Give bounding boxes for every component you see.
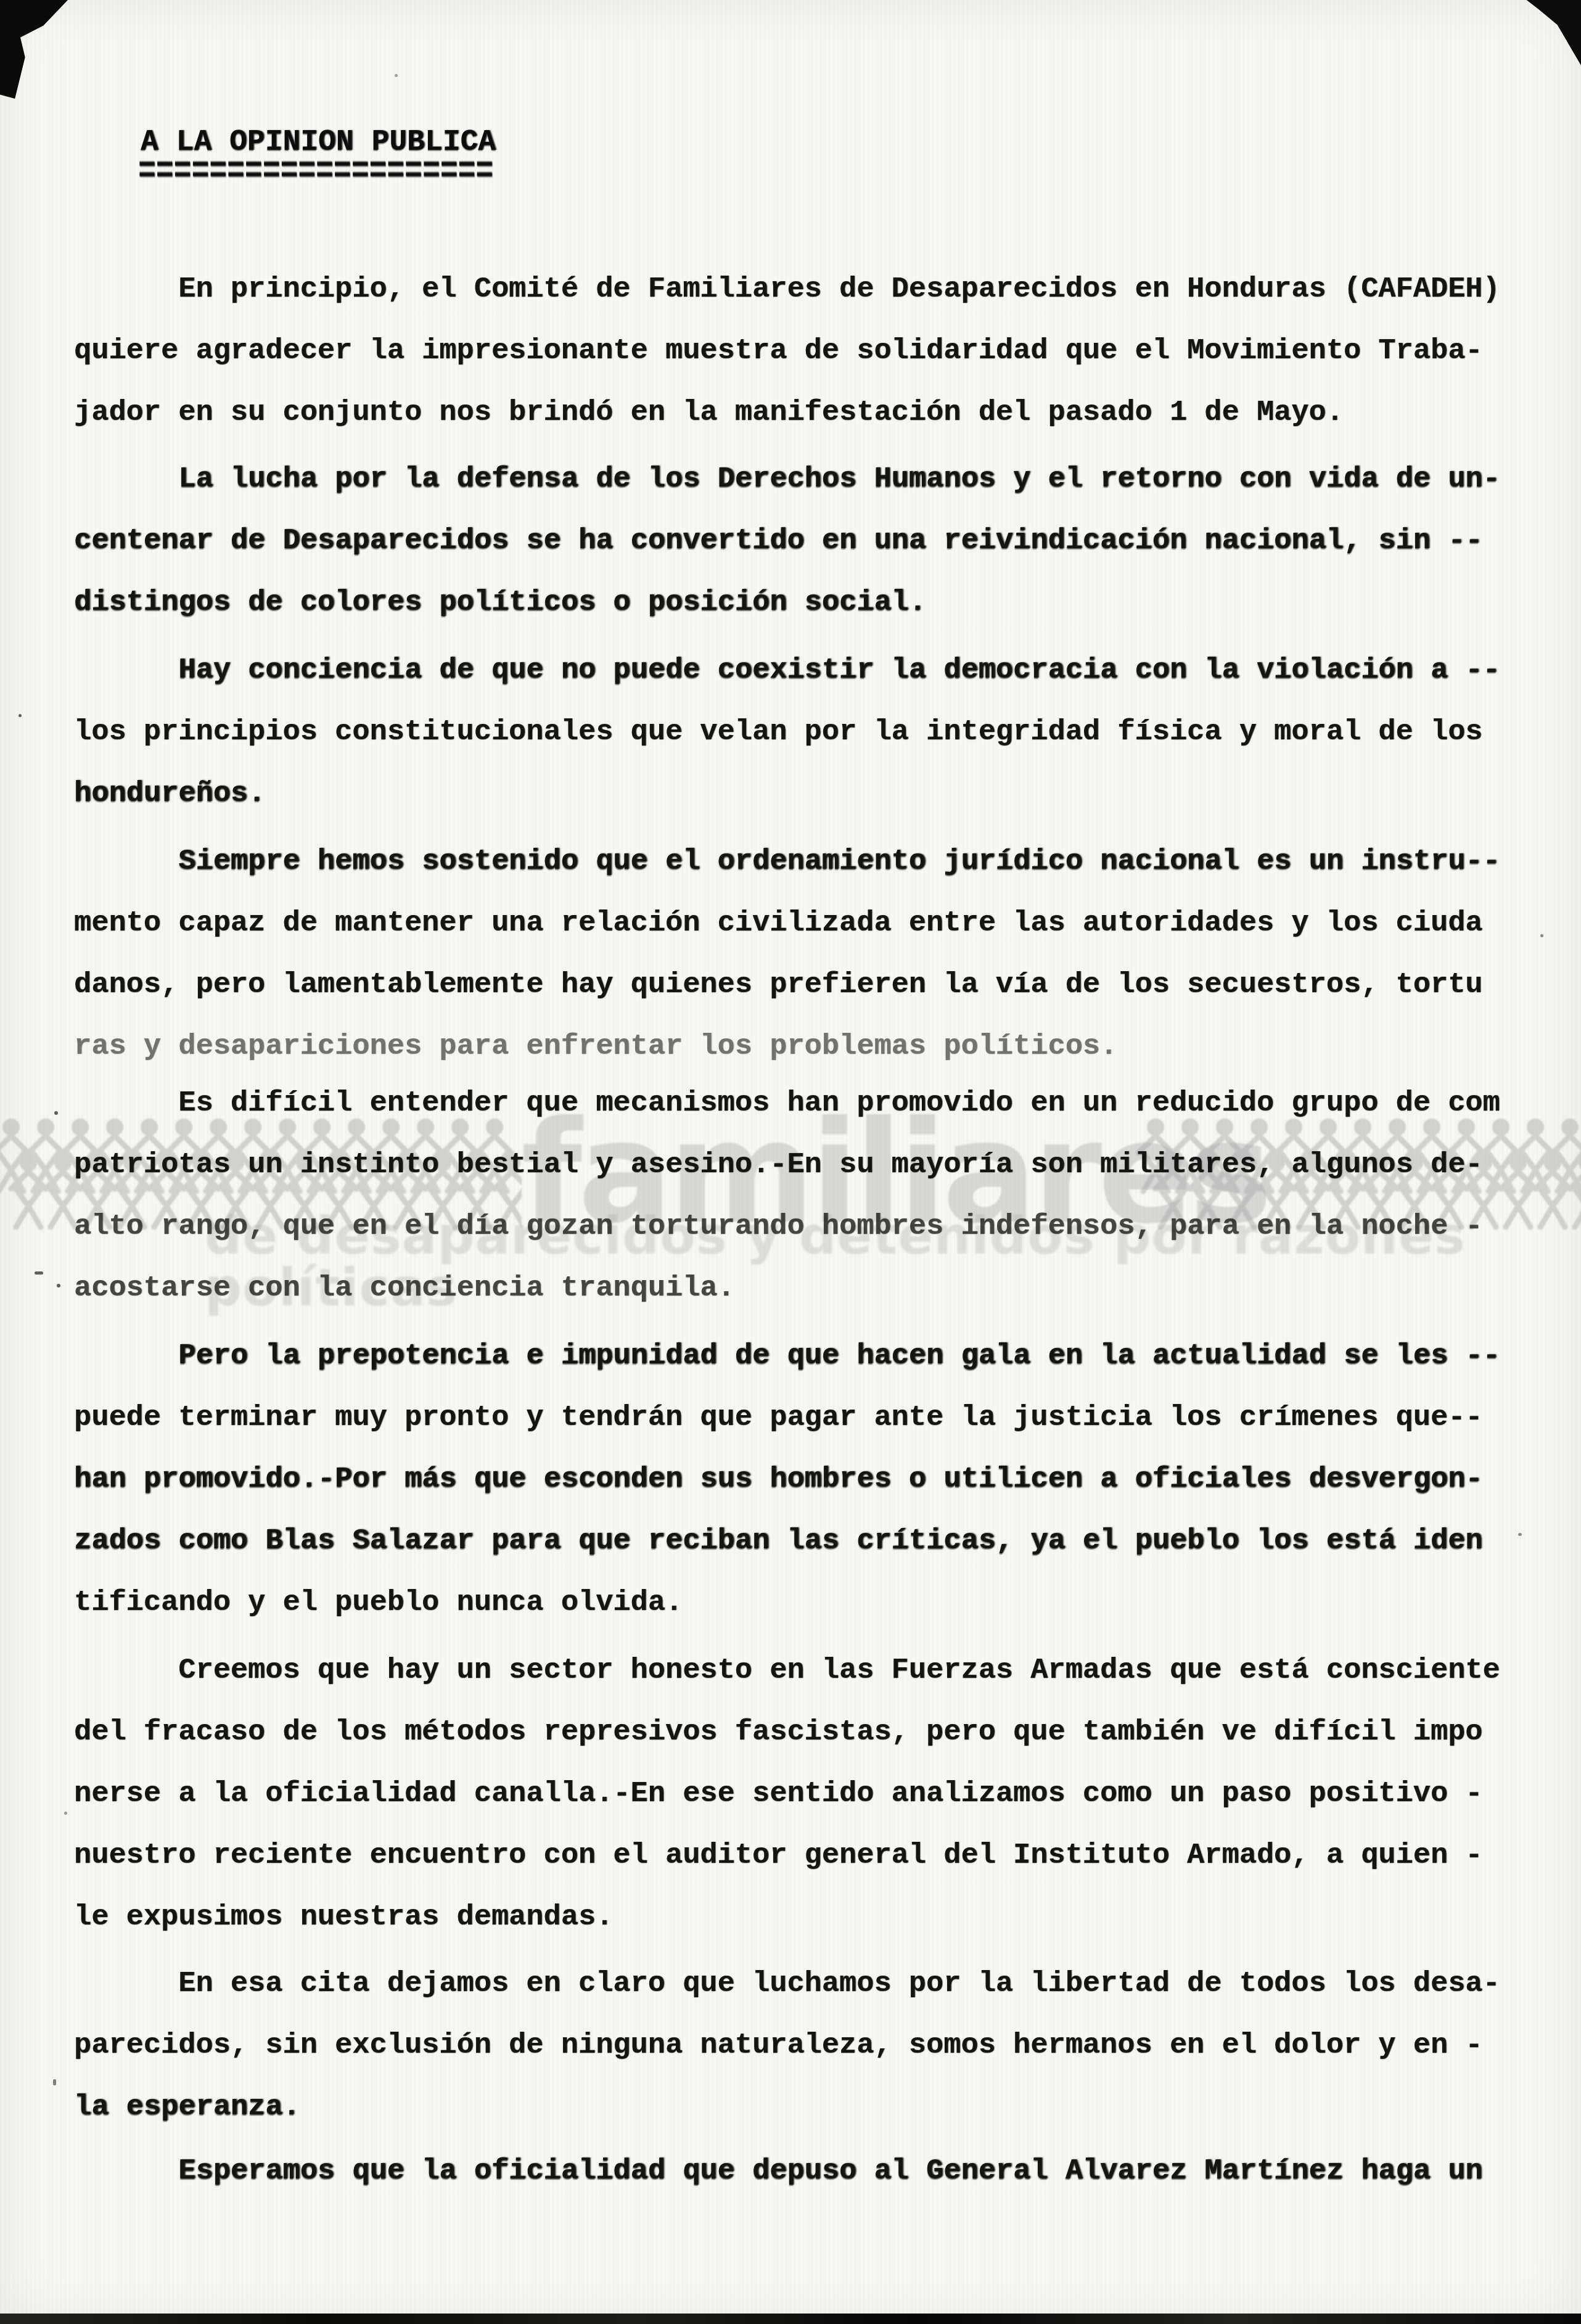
text-line: Creemos que hay un sector honesto en las… [74, 1640, 1566, 1702]
ink-speck [57, 1284, 60, 1287]
ink-speck [53, 2079, 56, 2085]
text-line: los principios constitucionales que vela… [74, 702, 1566, 763]
paragraph: Es difícil entender que mecanismos han p… [74, 1073, 1566, 1320]
text-line: Es difícil entender que mecanismos han p… [74, 1073, 1566, 1135]
text-line: nerse a la oficialidad canalla.-En ese s… [74, 1764, 1566, 1825]
document-page: familiares de desaparecidos y detenidos … [0, 0, 1581, 2324]
paragraph: En principio, el Comité de Familiares de… [74, 259, 1566, 444]
text-line: La lucha por la defensa de los Derechos … [74, 449, 1566, 511]
paragraph: Esperamos que la oficialidad que depuso … [74, 2141, 1566, 2203]
paragraph: Creemos que hay un sector honesto en las… [74, 1640, 1566, 1948]
text-line: ras y desapariciones para enfrentar los … [74, 1016, 1566, 1078]
text-line: Siempre hemos sostenido que el ordenamie… [74, 831, 1566, 893]
ink-speck [54, 1111, 58, 1115]
text-line: acostarse con la conciencia tranquila. [74, 1258, 1566, 1320]
text-line: mento capaz de mantener una relación civ… [74, 893, 1566, 955]
ink-speck [35, 1271, 43, 1275]
title-underline: ==================== [138, 150, 493, 194]
text-line: patriotas un instinto bestial y asesino.… [74, 1135, 1566, 1196]
text-line: Esperamos que la oficialidad que depuso … [74, 2141, 1566, 2203]
text-line: En esa cita dejamos en claro que luchamo… [74, 1953, 1566, 2015]
text-line: quiere agradecer la impresionante muestr… [74, 321, 1566, 382]
ink-speck [395, 74, 398, 77]
paragraph: Pero la prepotencia e impunidad de que h… [74, 1326, 1566, 1634]
ink-speck [1540, 934, 1543, 937]
paragraph: En esa cita dejamos en claro que luchamo… [74, 1953, 1566, 2138]
text-line: han promovido.-Por más que esconden sus … [74, 1449, 1566, 1511]
ink-speck [18, 714, 22, 717]
text-line: la esperanza. [74, 2077, 1566, 2138]
text-line: parecidos, sin exclusión de ninguna natu… [74, 2015, 1566, 2077]
text-line: jador en su conjunto nos brindó en la ma… [74, 382, 1566, 444]
text-line: hondureños. [74, 763, 1566, 825]
paragraph: Hay conciencia de que no puede coexistir… [74, 640, 1566, 825]
paragraph: Siempre hemos sostenido que el ordenamie… [74, 831, 1566, 1078]
text-line: distingos de colores políticos o posició… [74, 572, 1566, 634]
text-line: centenar de Desaparecidos se ha converti… [74, 511, 1566, 572]
ink-speck [64, 1812, 67, 1815]
scan-artifact-top-right [1522, 0, 1581, 65]
text-line: Hay conciencia de que no puede coexistir… [74, 640, 1566, 702]
text-line: le expusimos nuestras demandas. [74, 1887, 1566, 1948]
scan-artifact-bottom-bar [0, 2314, 1581, 2324]
scan-artifact-top-left [0, 0, 68, 99]
text-line: del fracaso de los métodos represivos fa… [74, 1702, 1566, 1764]
text-line: puede terminar muy pronto y tendrán que … [74, 1387, 1566, 1449]
ink-speck [1518, 1533, 1522, 1536]
text-line: Pero la prepotencia e impunidad de que h… [74, 1326, 1566, 1387]
text-line: En principio, el Comité de Familiares de… [74, 259, 1566, 321]
text-line: zados como Blas Salazar para que reciban… [74, 1511, 1566, 1572]
text-line: tificando y el pueblo nunca olvida. [74, 1572, 1566, 1634]
paragraph: La lucha por la defensa de los Derechos … [74, 449, 1566, 634]
text-line: nuestro reciente encuentro con el audito… [74, 1825, 1566, 1887]
text-line: danos, pero lamentablemente hay quienes … [74, 955, 1566, 1016]
text-line: alto rango, que en el día gozan torturan… [74, 1196, 1566, 1258]
